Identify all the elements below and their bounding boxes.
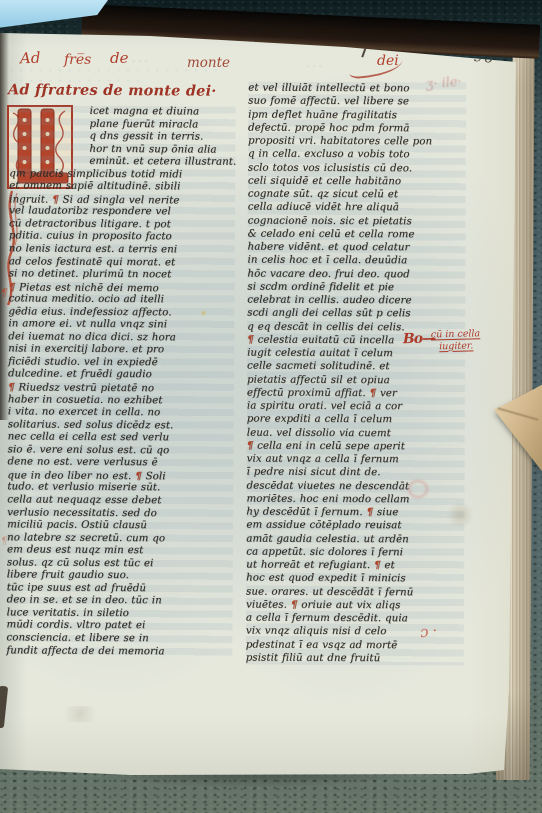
manuscript-text-line: cella aut nequaqz esse debet: [7, 494, 233, 508]
manuscript-text-line: si scdm ordinē fidelit et pie: [247, 280, 465, 294]
manuscript-text-line: descēdat viuetes ne descendāt: [246, 479, 464, 493]
manuscript-text-line: celebrat in cellis. audeo dicere: [247, 294, 465, 308]
manuscript-text-line: effectū proximū affiat. ¶ ver: [247, 386, 465, 400]
manuscript-text-line: si no detinet. plurimū tn nocet: [9, 268, 235, 282]
manuscript-text-line: no lenis iactura est. a terris eni: [9, 243, 235, 257]
manuscript-text-line: cognate sūt. qz sicut celū et: [248, 188, 466, 202]
manuscript-text-line: et omnem sapiē altitudinē. sibili: [9, 181, 235, 195]
faded-stamp-ring: [408, 480, 428, 498]
nota-symbol: Bo—: [403, 330, 436, 347]
manuscript-text-line: hy descēdūt ī fernum. ¶ siue: [246, 506, 464, 520]
paraph-mark: ¶: [135, 470, 142, 482]
paraph-mark: ¶: [247, 439, 254, 451]
manuscript-text-line: celle sacmeti solitudinē. et: [247, 360, 465, 374]
faded-offset-text: · · ·: [306, 62, 322, 73]
manuscript-text-line: cella adiucē vidēt hre aliquā: [248, 201, 466, 215]
text-column-right: et vel illuiāt intellectū et bonosuo fom…: [246, 82, 467, 666]
paraph-mark: ¶: [374, 559, 381, 571]
margin-note-line: iugiter.: [439, 339, 498, 352]
manuscript-text-line: i vita. no exercet in cella. no: [8, 406, 234, 420]
manuscript-text-line: deo in se. et se in deo. tūc in: [7, 595, 233, 609]
manuscript-text-line: ia spiritu orati. vel eciā a cor: [247, 400, 465, 414]
manuscript-text-line: ca appetūt. sic dolores ī ferni: [246, 545, 464, 559]
manuscript-text-line: ī pedre nisi sicut dint de.: [247, 466, 465, 480]
manuscript-text-line: cognacionē nois. sic et pietatis: [248, 214, 466, 228]
paraph-mark: ¶: [247, 333, 254, 345]
manuscript-text-line: nec cella ei cella est sed verlu: [8, 432, 234, 446]
manuscript-text-line: em assidue cōtēplado reuisat: [246, 519, 464, 533]
bookmark-corner: [491, 383, 542, 473]
manuscript-text-line: ¶ cella eni in celū sepe aperit: [247, 439, 465, 453]
manuscript-text-line: et vel illuiāt intellectū et bono: [248, 82, 466, 96]
manuscript-text-line: pietatis affectū sil et opiua: [247, 373, 465, 387]
manuscript-text-line: propositi vri. habitatores celle pon: [248, 135, 466, 149]
manuscript-text-line: sue. orares. ut descēdāt ī fernū: [246, 585, 464, 599]
manuscript-text-line: scdi angli dei cellas sūt p celis: [247, 307, 465, 321]
manuscript-text-line: moriētes. hoc eni modo cellam: [246, 492, 464, 506]
paraph-mark: ¶: [291, 598, 298, 610]
margin-paraph-mark: ¶: [1, 288, 7, 299]
text-column-left: icet magna et diuinaplane fuerūt miracla…: [6, 105, 235, 658]
manuscript-text-line: dene no est. vere verlusus ē: [7, 457, 233, 471]
manuscript-text-line: celi siquidē et celle habitāno: [248, 174, 466, 188]
manuscript-text-line: in celis hoc et ī cella. deuūdia: [247, 254, 465, 268]
manuscript-photo: Ad fre̅s de · · · monte · · · dei 96 ʒ· …: [0, 0, 542, 813]
manuscript-text-line: defectū. propē hoc pdm formā: [248, 121, 466, 135]
manuscript-text-line: psistit filiū aut dne fruitū: [246, 651, 464, 665]
paraph-mark: ¶: [52, 193, 59, 205]
rubric-heading: Ad ffratres de monte dei·: [8, 81, 217, 99]
manuscript-text-line: vix aut vnqz a cella ī fernum: [247, 453, 465, 467]
manuscript-text-line: viuētes. ¶ oriuie aut vix aliqs: [246, 598, 464, 612]
manuscript-text-line: pore expditi a cella ī celum: [247, 413, 465, 427]
manuscript-text-line: fundit affecta de dei memoria: [6, 645, 232, 659]
paraph-mark: ¶: [9, 281, 16, 293]
manuscript-text-line: em deus est nuqz min est: [7, 544, 233, 558]
manuscript-text-line: habere vidēnt. et quod celatur: [248, 241, 466, 255]
manuscript-text-line: q in cella. excluso a vobis toto: [248, 148, 466, 162]
manuscript-text-line: hōc vacare deo. frui deo. quod: [247, 267, 465, 281]
manuscript-page: Ad fre̅s de · · · monte · · · dei 96 ʒ· …: [0, 0, 542, 813]
manuscript-text-line: ipm deflet huāne fragilitatis: [248, 108, 466, 122]
manuscript-text-line: cotinua meditio. ocio ad itelli: [8, 294, 234, 308]
margin-paraph-mark: ¶: [1, 536, 7, 547]
manuscript-text-line: ut horreāt et refugiant. ¶ et: [246, 559, 464, 573]
manuscript-text-line: amāt gaudia celestia. ut ardēn: [246, 532, 464, 546]
manuscript-text-line: suo fomē affectū. vel libere se: [248, 95, 466, 109]
manuscript-text-line: libere fruit gaudio suo.: [7, 570, 233, 584]
manuscript-text-line: ¶ Riuedsz vestrū pietatē no: [8, 381, 234, 395]
paraph-mark: ¶: [369, 387, 376, 399]
manuscript-text-line: leua. vel dissolio via cuemt: [247, 426, 465, 440]
red-margin-bracket: ɔ·: [419, 621, 442, 642]
manuscript-text-line: pdestinat ī ea vsqz ad mortē: [246, 638, 464, 652]
manuscript-text-line: consciencia. et libere se in: [6, 632, 232, 646]
bookmark-corner-shape: [491, 383, 542, 473]
paraph-mark: ¶: [366, 506, 373, 518]
manuscript-text-line: sclo totos vos iclusistis cū deo.: [248, 161, 466, 175]
manuscript-text-line: & celado eni celū et cella rome: [248, 227, 466, 241]
paraph-mark: ¶: [8, 381, 15, 393]
parchment-stain: [58, 706, 102, 722]
manuscript-text-line: miciliū pacis. Ostiū clausū: [7, 519, 233, 533]
manuscript-text-line: hoc est quod expedit ī minicis: [246, 572, 464, 586]
show-through-text: . . . . . . . . . . . . . . . . . . . . …: [10, 64, 222, 82]
rubric-margin-note: Bo— cū in cella iugiter.: [403, 328, 499, 353]
manuscript-text-line: in amore ei. vt nulla vnqz sini: [8, 319, 234, 333]
